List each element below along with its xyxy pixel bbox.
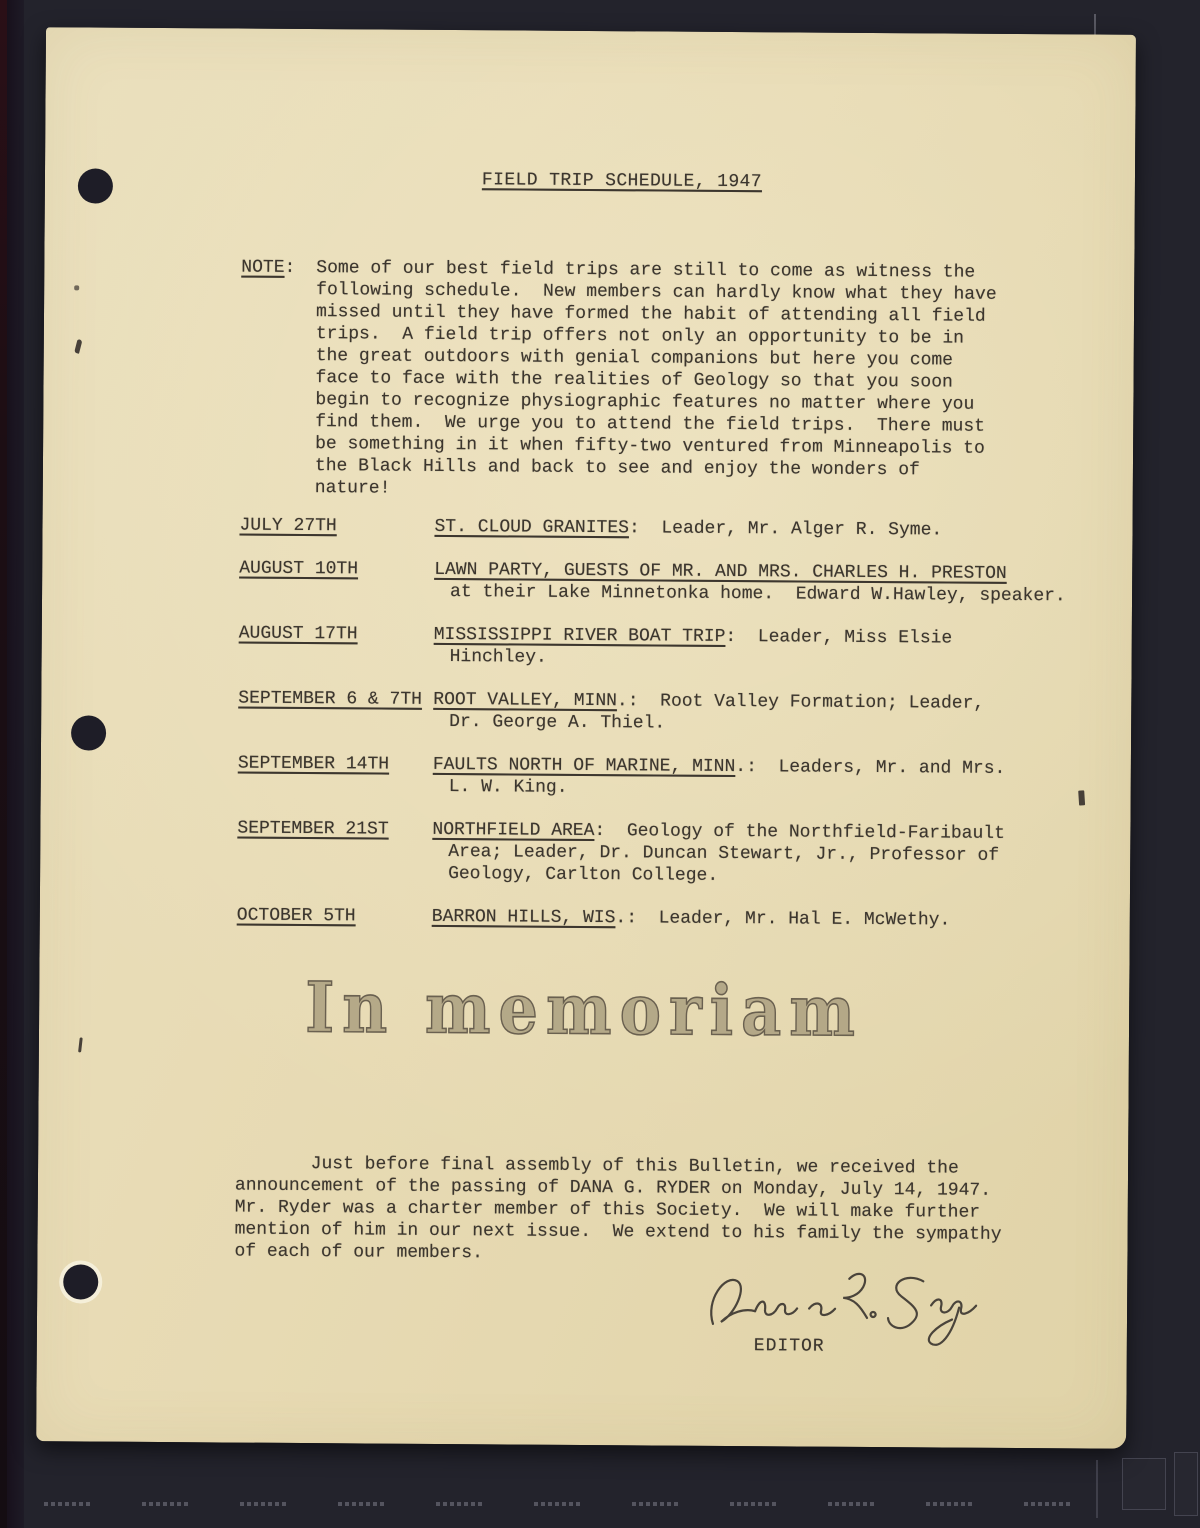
schedule-trip-title: FAULTS NORTH OF MARINE, MINN (433, 755, 736, 777)
schedule-date: AUGUST 10TH (239, 558, 434, 603)
schedule-date: SEPTEMBER 14TH (238, 753, 433, 798)
schedule-trip-continuation: Area; Leader, Dr. Duncan Stewart, Jr., P… (432, 841, 1087, 890)
scanner-dash-mark (142, 1502, 190, 1506)
schedule-trip-detail: : Leader, Mr. Alger R. Syme. (629, 518, 942, 540)
schedule-date-text: OCTOBER 5TH (237, 906, 356, 927)
scanner-dash-mark (44, 1502, 92, 1506)
schedule-trip-title: BARRON HILLS, WIS (432, 907, 616, 928)
note-section: NOTE: Some of our best field trips are s… (240, 257, 1002, 504)
schedule-entry: OCTOBER 5THBARRON HILLS, WIS.: Leader, M… (237, 905, 1087, 933)
document-page: FIELD TRIP SCHEDULE, 1947 NOTE: Some of … (36, 27, 1136, 1449)
scanner-dash-mark (240, 1502, 288, 1506)
ink-speck (78, 1037, 83, 1052)
scanner-dash-mark (338, 1502, 386, 1506)
schedule-date: SEPTEMBER 6 & 7TH (238, 688, 433, 733)
ink-speck (74, 285, 79, 290)
schedule-trip-detail: : Leader, Miss Elsie (725, 627, 952, 649)
ink-speck (464, 1202, 467, 1206)
schedule-date-text: SEPTEMBER 6 & 7TH (238, 689, 422, 710)
schedule-trip-continuation: L. W. King. (433, 776, 1088, 803)
hole-punch-middle (71, 715, 106, 750)
scanner-dash-mark (632, 1502, 680, 1506)
hole-punch-top (78, 168, 113, 203)
schedule-entry: SEPTEMBER 6 & 7THROOT VALLEY, MINN.: Roo… (238, 688, 1088, 738)
scanner-dash-mark (1024, 1502, 1072, 1506)
scanner-dash-mark (828, 1502, 876, 1506)
memoriam-paragraph: Just before final assembly of this Bulle… (234, 1153, 1055, 1269)
page-title: FIELD TRIP SCHEDULE, 1947 (482, 169, 762, 193)
schedule-description: MISSISSIPPI RIVER BOAT TRIP: Leader, Mis… (434, 624, 1089, 673)
schedule-date: JULY 27TH (239, 515, 434, 538)
schedule-trip-title: NORTHFIELD AREA (432, 820, 594, 841)
schedule-date: AUGUST 17TH (239, 623, 434, 668)
page-title-text: FIELD TRIP SCHEDULE, 1947 (482, 170, 762, 192)
schedule-trip-continuation: Hinchley. (434, 646, 1089, 673)
schedule-description: ST. CLOUD GRANITES: Leader, Mr. Alger R.… (434, 516, 1089, 543)
schedule-date-text: SEPTEMBER 14TH (238, 754, 389, 775)
schedule-date-text: SEPTEMBER 21ST (237, 819, 388, 840)
schedule-entry: SEPTEMBER 14THFAULTS NORTH OF MARINE, MI… (238, 753, 1088, 803)
schedule-trip-title: ROOT VALLEY, MINN (433, 690, 617, 711)
schedule-description: ROOT VALLEY, MINN.: Root Valley Formatio… (433, 689, 1088, 738)
schedule-description: LAWN PARTY, GUESTS OF MR. AND MRS. CHARL… (434, 559, 1089, 608)
schedule-trip-detail: .: Leaders, Mr. and Mrs. (735, 757, 1005, 779)
editor-signature (697, 1264, 1008, 1350)
schedule-trip-detail: : Geology of the Northfield-Faribault (594, 821, 1005, 844)
schedule-date-text: AUGUST 17TH (239, 624, 358, 645)
scanner-emboss-artifact (1174, 1452, 1198, 1516)
scanner-dash-mark (730, 1502, 778, 1506)
schedule-list: JULY 27THST. CLOUD GRANITES: Leader, Mr.… (237, 515, 1090, 954)
schedule-entry: SEPTEMBER 21STNORTHFIELD AREA: Geology o… (237, 818, 1087, 890)
schedule-description: FAULTS NORTH OF MARINE, MINN.: Leaders, … (433, 754, 1088, 803)
schedule-date: OCTOBER 5TH (237, 905, 432, 928)
schedule-description: NORTHFIELD AREA: Geology of the Northfie… (432, 819, 1087, 890)
schedule-entry: AUGUST 17THMISSISSIPPI RIVER BOAT TRIP: … (239, 623, 1089, 673)
schedule-description: BARRON HILLS, WIS.: Leader, Mr. Hal E. M… (432, 906, 1087, 933)
note-paragraph: Some of our best field trips are still t… (315, 257, 1002, 504)
editor-label: EDITOR (754, 1335, 825, 1357)
schedule-trip-title: ST. CLOUD GRANITES (434, 517, 629, 538)
schedule-trip-continuation: Dr. George A. Thiel. (433, 711, 1088, 738)
schedule-trip-detail: .: Leader, Mr. Hal E. McWethy. (615, 908, 950, 930)
schedule-entry: AUGUST 10THLAWN PARTY, GUESTS OF MR. AND… (239, 558, 1089, 608)
scanner-calibration-marks (0, 1502, 1200, 1510)
ink-speck (1078, 790, 1085, 805)
scanner-dash-mark (534, 1502, 582, 1506)
ink-speck (74, 339, 82, 354)
schedule-date: SEPTEMBER 21ST (237, 818, 432, 885)
schedule-trip-continuation: at their Lake Minnetonka home. Edward W.… (434, 581, 1089, 608)
scanner-dash-mark (436, 1502, 484, 1506)
hole-punch-bottom (63, 1264, 98, 1299)
scanner-dash-mark (926, 1502, 974, 1506)
scanner-edge-strip (0, 0, 7, 1528)
scanner-emboss-artifact (1122, 1458, 1166, 1510)
scanner-emboss-artifact (1096, 1460, 1098, 1518)
schedule-date-text: AUGUST 10TH (239, 559, 358, 580)
schedule-trip-detail: .: Root Valley Formation; Leader, (617, 691, 984, 714)
memoriam-heading: In memoriam (39, 994, 1129, 1026)
schedule-entry: JULY 27THST. CLOUD GRANITES: Leader, Mr.… (239, 515, 1089, 543)
schedule-date-text: JULY 27TH (239, 516, 336, 537)
schedule-trip-title: MISSISSIPPI RIVER BOAT TRIP (434, 625, 726, 647)
note-label: NOTE: (240, 257, 317, 500)
schedule-trip-title: LAWN PARTY, GUESTS OF MR. AND MRS. CHARL… (434, 560, 1007, 584)
